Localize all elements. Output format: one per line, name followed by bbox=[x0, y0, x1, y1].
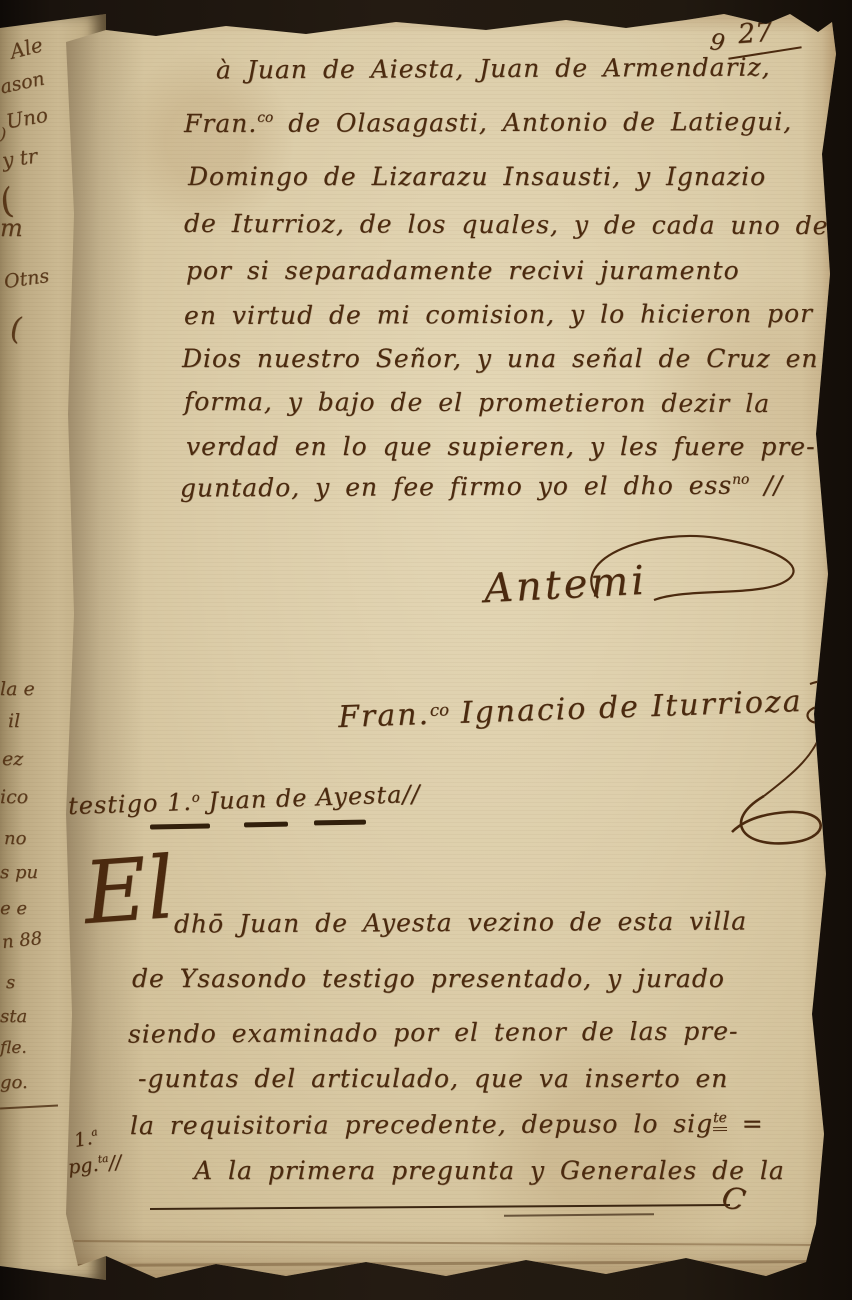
prev-page-text-fragment: la e bbox=[0, 678, 35, 700]
witness-name-underline-dash bbox=[244, 822, 288, 828]
deposition-line-text: la requisitoria precedente, depuso lo si… bbox=[130, 1109, 713, 1140]
prev-page-text-fragment: ez bbox=[2, 748, 23, 770]
prev-page-text-fragment: go. bbox=[0, 1072, 28, 1093]
margin-note: pg.ta// bbox=[67, 1151, 123, 1178]
prev-page-text-fragment: ico bbox=[0, 786, 28, 808]
manuscript-scan: Ale ason Uno ) y tr ( m Otns ( la e il e… bbox=[0, 0, 852, 1300]
margin-note-text: pg. bbox=[67, 1154, 100, 1179]
oath-line: Domingo de Lizarazu Insausti, y Ignazio bbox=[188, 162, 766, 191]
margin-note: 1.a bbox=[72, 1126, 100, 1152]
page-fold-crease bbox=[74, 1260, 820, 1267]
witness-heading-end-mark: // bbox=[402, 780, 421, 809]
oath-line: à Juan de Aiesta, Juan de Armendariz, bbox=[216, 53, 771, 85]
prev-page-text-fragment: no bbox=[4, 828, 26, 849]
prev-page-text-fragment: s pu bbox=[0, 862, 38, 883]
witness-name-underline-dash bbox=[150, 823, 210, 829]
prev-page-text-fragment: n 88 bbox=[1, 928, 43, 953]
witness-heading: testigo 1.o Juan de Ayesta// bbox=[68, 780, 421, 820]
prev-page-text-fragment: s bbox=[6, 972, 15, 993]
closing-rule bbox=[150, 1204, 730, 1210]
prev-page-flourish-fragment: ( bbox=[10, 312, 22, 347]
page-number: 27 bbox=[737, 17, 773, 50]
superscript: a bbox=[90, 1126, 98, 1139]
closing-rule-secondary bbox=[504, 1213, 654, 1217]
deposition-line: la requisitoria precedente, depuso lo si… bbox=[130, 1109, 764, 1140]
oath-line-text: Fran. bbox=[184, 109, 257, 138]
deposition-line: A la primera pregunta y Generales de la bbox=[194, 1156, 785, 1185]
ante-mi-signature: Antemi bbox=[483, 558, 648, 612]
prev-page-text-fragment: fle. bbox=[0, 1038, 27, 1058]
prev-page-text-fragment: il bbox=[8, 710, 20, 732]
witness-number: 1. bbox=[166, 788, 192, 817]
superscript: te bbox=[713, 1110, 727, 1131]
deposition-line-text: = bbox=[727, 1109, 764, 1138]
superscript: no bbox=[732, 472, 749, 488]
superscript: co bbox=[257, 110, 273, 126]
prev-page-text-fragment: ) bbox=[0, 124, 6, 143]
manuscript-page: 9 27 à Juan de Aiesta, Juan de Armendari… bbox=[66, 14, 836, 1280]
oath-line: verdad en lo que supieren, y les fuere p… bbox=[186, 432, 816, 461]
notary-signature-text: Fran. bbox=[338, 697, 431, 735]
oath-line: guntado, y en fee firmo yo el dho essno … bbox=[180, 470, 783, 502]
prev-page-text-fragment: m bbox=[0, 214, 23, 242]
witness-name: Juan de Ayesta bbox=[199, 780, 403, 815]
page-fold-crease bbox=[74, 1240, 820, 1246]
deposition-line: dhō Juan de Ayesta vezino de esta villa bbox=[174, 906, 747, 938]
deposition-line: siendo examinado por el tenor de las pre… bbox=[128, 1016, 739, 1048]
oath-line: por si separadamente recivi juramento bbox=[186, 256, 740, 285]
oath-line: en virtud de mi comision, y lo hicieron … bbox=[184, 299, 813, 330]
deposition-line: de Ysasondo testigo presentado, y jurado bbox=[132, 964, 725, 993]
superscript: co bbox=[430, 700, 450, 720]
deposition-initial: El bbox=[81, 845, 177, 937]
deposition-line: -guntas del articulado, que va inserto e… bbox=[138, 1064, 728, 1093]
oath-line: Dios nuestro Señor, y una señal de Cruz … bbox=[182, 344, 819, 373]
prev-page-text-fragment: e e bbox=[0, 898, 27, 919]
oath-line-text: guntado, y en fee firmo yo el dho ess bbox=[180, 471, 732, 503]
witness-name-underline-dash bbox=[314, 820, 366, 826]
oath-line: de Iturrioz, de los quales, y de cada un… bbox=[184, 209, 829, 240]
closing-rule-flourish: C bbox=[719, 1180, 749, 1219]
prev-page-text-fragment: y tr bbox=[1, 144, 39, 173]
witness-heading-text: testigo bbox=[68, 789, 168, 820]
oath-line-text: // bbox=[749, 470, 783, 499]
oath-line-text: de Olasagasti, Antonio de Latiegui, bbox=[273, 107, 792, 138]
oath-line: forma, y bajo de el prometieron dezir la bbox=[184, 387, 770, 418]
oath-line: Fran.co de Olasagasti, Antonio de Latieg… bbox=[184, 107, 792, 138]
notary-rubric-flourish bbox=[692, 670, 852, 860]
prev-page-text-fragment: sta bbox=[0, 1006, 27, 1027]
margin-note-end-mark: // bbox=[108, 1151, 123, 1174]
